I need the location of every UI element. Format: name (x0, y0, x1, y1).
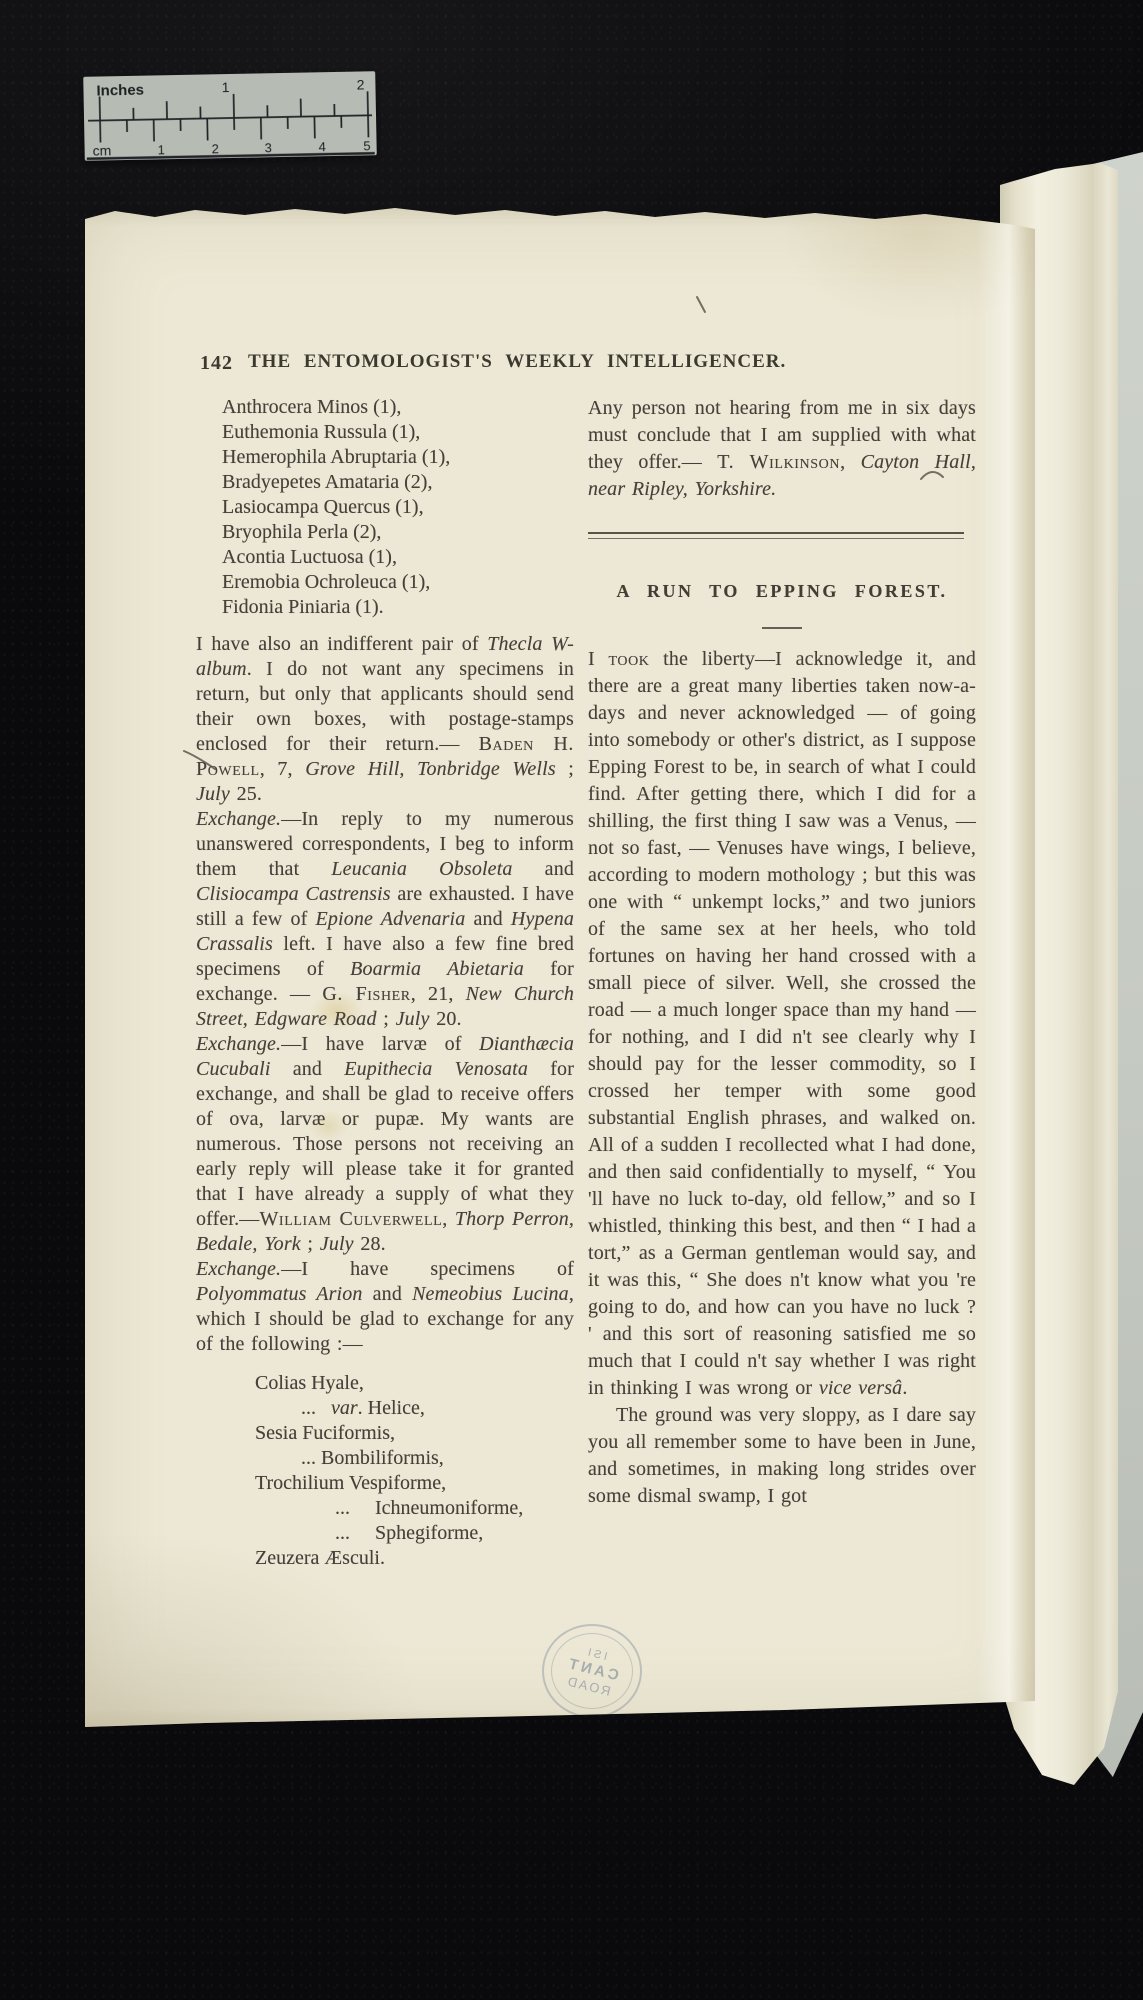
list-item: Anthrocera Minos (1), (222, 395, 574, 420)
text-segment: T. Wilkinson (717, 451, 840, 473)
paragraph-exchange-polyommatus: Exchange.—I have specimens of Polyommatu… (196, 1257, 574, 1357)
text-segment: var (331, 1397, 358, 1419)
ruler-cm-2: 2 (211, 141, 219, 156)
journal-title: THE ENTOMOLOGIST'S WEEKLY INTELLIGENCER. (248, 351, 694, 373)
page-number: 142 (200, 352, 233, 375)
text-segment: Exchange. (196, 808, 281, 830)
ruler-cm-5: 5 (363, 138, 371, 153)
list-item: Sesia Fuciformis, (255, 1421, 574, 1446)
wanted-species-list: Colias Hyale,... var. Helice,Sesia Fucif… (196, 1371, 574, 1571)
text-segment: . Helice, (358, 1397, 425, 1419)
library-stamp: ISI CANT ROAD (542, 1624, 642, 1718)
text-segment: ; (301, 1233, 320, 1255)
text-segment: Exchange. (196, 1033, 281, 1055)
list-item: ... var. Helice, (255, 1396, 574, 1421)
text-segment: Clisiocampa Castrensis (196, 883, 391, 905)
text-segment: ; (377, 1008, 396, 1030)
text-segment: Grove Hill, Tonbridge Wells (305, 758, 556, 780)
text-segment: ; (556, 758, 574, 780)
book-page: 142 THE ENTOMOLOGIST'S WEEKLY INTELLIGEN… (85, 205, 1035, 1727)
list-item: Bradyepetes Amataria (2), (222, 470, 574, 495)
ruler-cm-4: 4 (318, 139, 326, 154)
text-segment: 25. (230, 783, 262, 805)
library-stamp-text: ISI CANT ROAD (535, 1616, 650, 1727)
paragraph-article-body-2: The ground was very sloppy, as I dare sa… (588, 1402, 976, 1510)
list-item: Eremobia Ochroleuca (1), (222, 570, 574, 595)
text-segment: Exchange. (196, 1258, 281, 1280)
text-segment: 20. (430, 1008, 462, 1030)
page-fold-highlight (977, 205, 1035, 1727)
text-segment: I (588, 648, 608, 670)
text-segment: July (196, 783, 230, 805)
text-segment: July (396, 1008, 430, 1030)
text-segment: . (902, 1377, 907, 1399)
text-segment: and (363, 1283, 413, 1305)
text-segment: and (513, 858, 574, 880)
ruler-inches-label: Inches (96, 82, 144, 100)
list-item: Euthemonia Russula (1), (222, 420, 574, 445)
list-item: ... Ichneumoniforme, (255, 1496, 574, 1521)
text-segment: the liberty—I acknowledge it, and there … (588, 648, 976, 1399)
photograph-scene: 142 THE ENTOMOLOGIST'S WEEKLY INTELLIGEN… (0, 0, 1143, 2000)
list-item: Colias Hyale, (255, 1371, 574, 1396)
text-segment: vice versâ (819, 1377, 903, 1399)
paragraph-exchange-culverwell: Exchange.—I have larvæ of Dianthæcia Cuc… (196, 1032, 574, 1257)
list-item: ... Bombiliformis, (255, 1446, 574, 1471)
text-segment: ... (301, 1397, 331, 1419)
right-column: Any person not hearing from me in six da… (588, 395, 976, 1510)
text-segment: Epione Advenaria (315, 908, 465, 930)
text-segment: , (442, 1208, 455, 1230)
text-segment: Polyommatus Arion (196, 1283, 363, 1305)
text-segment: Zeuzera Æsculi. (255, 1547, 385, 1569)
paragraph-exchange-fisher: Exchange.—In reply to my numerous unansw… (196, 807, 574, 1032)
species-list: Anthrocera Minos (1),Euthemonia Russula … (196, 395, 574, 620)
text-segment: —I have larvæ of (281, 1033, 479, 1055)
paragraph-article-body-1: I took the liberty—I acknowledge it, and… (588, 646, 976, 1402)
page-header: 142 THE ENTOMOLOGIST'S WEEKLY INTELLIGEN… (85, 351, 1035, 381)
text-segment: , (840, 451, 861, 473)
text-segment: ... Bombiliformis, (301, 1447, 444, 1469)
heading-dash (762, 627, 802, 629)
list-item: Lasiocampa Quercus (1), (222, 495, 574, 520)
ruler-cm-1: 1 (157, 142, 165, 157)
text-segment: The ground was very sloppy, as I dare sa… (588, 1404, 976, 1507)
list-item: Bryophila Perla (2), (222, 520, 574, 545)
text-segment: and (271, 1058, 345, 1080)
left-column: Anthrocera Minos (1),Euthemonia Russula … (196, 395, 574, 1571)
list-item: Trochilium Vespiforme, (255, 1471, 574, 1496)
text-segment: Boarmia Abietaria (350, 958, 524, 980)
text-segment: and (465, 908, 510, 930)
text-segment: G. Fisher (322, 983, 410, 1005)
ruler-inch-2: 2 (356, 76, 364, 92)
text-segment: —I have specimens of (281, 1258, 574, 1280)
text-segment: Colias Hyale, (255, 1372, 364, 1394)
text-segment: , 7, (260, 758, 305, 780)
text-segment: I have also an indifferent pair of (196, 633, 487, 655)
text-segment: Trochilium Vespiforme, (255, 1472, 446, 1494)
list-item: Zeuzera Æsculi. (255, 1546, 574, 1571)
text-segment: William Culverwell (259, 1208, 442, 1230)
list-item: ... Sphegiforme, (255, 1521, 574, 1546)
text-segment: Sesia Fuciformis, (255, 1422, 395, 1444)
text-segment: Eupithecia Venosata (344, 1058, 528, 1080)
text-segment: , 21, (411, 983, 466, 1005)
ruler-cm-3: 3 (264, 140, 272, 155)
ruler-cm-label: cm (92, 142, 111, 158)
text-segment: 28. (354, 1233, 386, 1255)
section-divider-rule (588, 532, 964, 539)
paragraph-wilkinson: Any person not hearing from me in six da… (588, 395, 976, 503)
text-segment: for exchange, and shall be glad to recei… (196, 1058, 574, 1230)
text-segment: July (320, 1233, 354, 1255)
text-segment: Nemeobius Lucina (412, 1283, 569, 1305)
article-heading: A RUN TO EPPING FOREST. (588, 578, 976, 605)
paragraph-thecla-offer: I have also an indifferent pair of Thecl… (196, 632, 574, 807)
list-item: Hemerophila Abruptaria (1), (222, 445, 574, 470)
text-segment: ... Ichneumoniforme, (335, 1497, 523, 1519)
ruler-inch-1: 1 (221, 79, 229, 95)
list-item: Acontia Luctuosa (1), (222, 545, 574, 570)
text-segment: took (608, 648, 649, 670)
scale-ruler: Inches 1 2 cm 1 2 3 4 5 (83, 71, 377, 161)
text-segment: Leucania Obsoleta (331, 858, 512, 880)
text-segment: ... Sphegiforme, (335, 1522, 483, 1544)
list-item: Fidonia Piniaria (1). (222, 595, 574, 620)
